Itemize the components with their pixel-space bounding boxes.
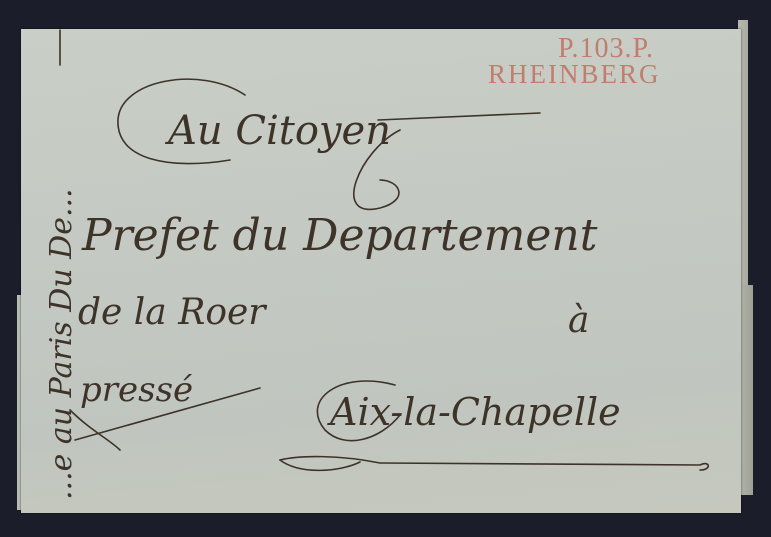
margin-note: ...e au Paris Du De... (44, 188, 79, 500)
address-title: Prefet du Departement (82, 210, 597, 261)
letter-paper (21, 29, 741, 513)
address-salutation: Au Citoyen (168, 108, 391, 154)
urgent-note: pressé (80, 370, 193, 410)
postmark-town: RHEINBERG (488, 59, 661, 90)
paper-fold-right-lower (741, 285, 753, 495)
address-department: de la Roer (78, 292, 266, 333)
address-city: Aix-la-Chapelle (330, 390, 621, 434)
address-preposition: à (568, 300, 589, 341)
